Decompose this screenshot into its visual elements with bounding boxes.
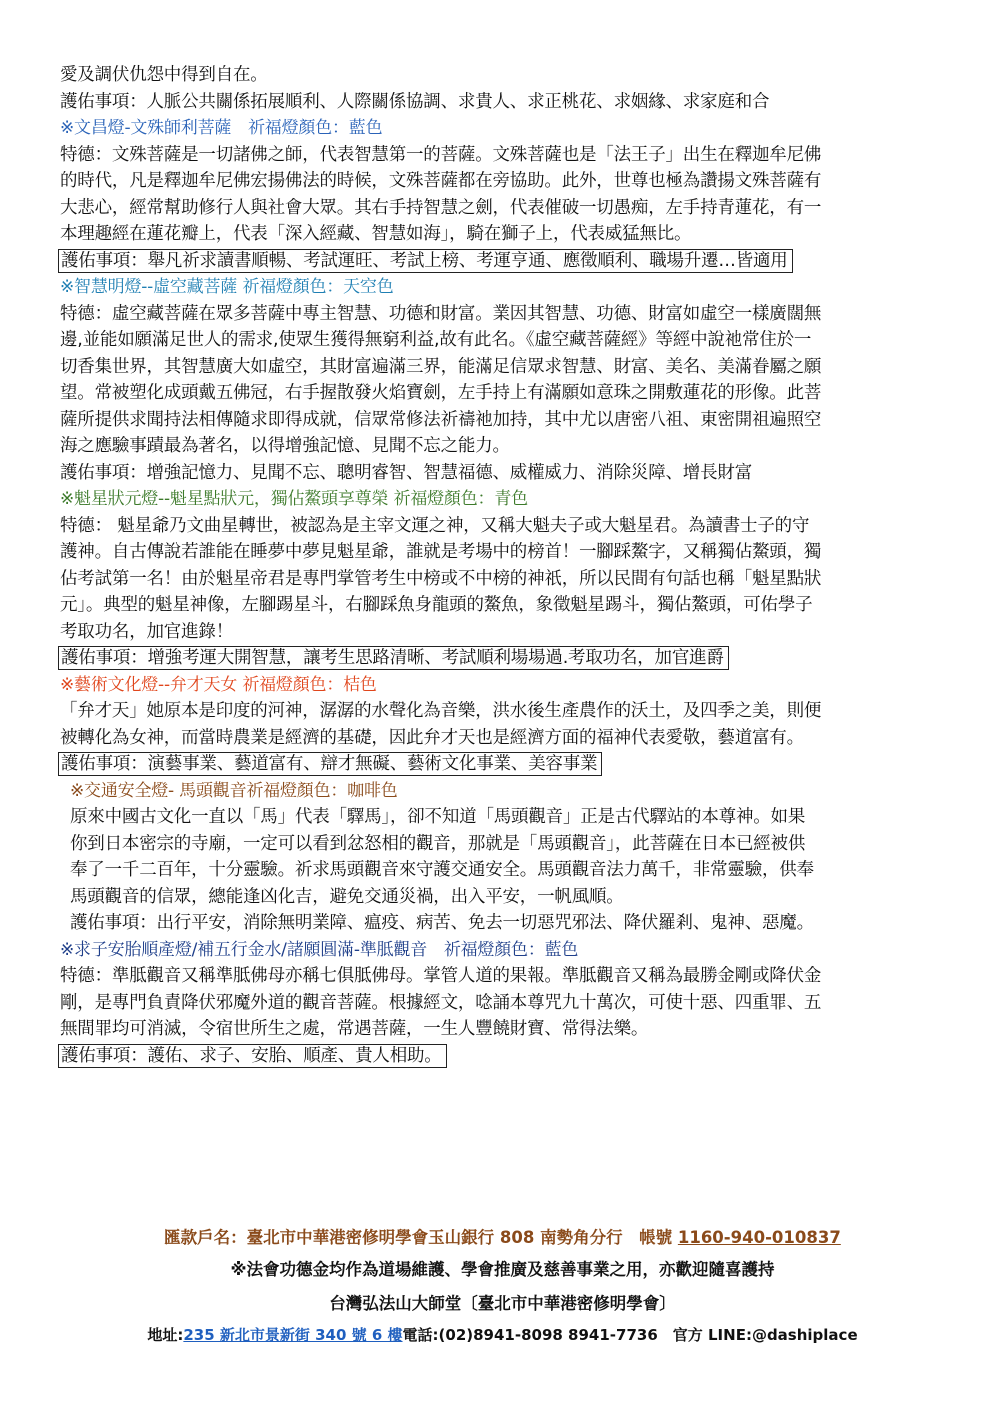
protection-line: 護佑事項：增強記憶力、見聞不忘、聰明睿智、智慧福德、威權威力、消除災障、增長財富 — [60, 460, 950, 487]
body-line: 奉了一千二百年，十分靈驗。祈求馬頭觀音來守護交通安全。馬頭觀音法力萬千，非常靈驗… — [70, 857, 950, 884]
section-heading: ※交通安全燈- 馬頭觀音祈福燈顏色：咖啡色 — [70, 778, 950, 805]
section-arts-lamp: ※藝術文化燈--弁才天女 祈福燈顏色：桔色 「弁才天」她原本是印度的河神，潺潺的… — [60, 672, 950, 778]
body-line: 特德：文殊菩薩是一切諸佛之師，代表智慧第一的菩薩。文殊菩薩也是「法王子」出生在釋… — [60, 142, 950, 169]
body-line: 本理趣經在蓮花瓣上，代表「深入經藏、智慧如海」，騎在獅子上，代表威猛無比。 — [60, 221, 950, 248]
body-line: 邊,並能如願滿足世人的需求,使眾生獲得無窮利益,故有此名。《虛空藏菩薩經》等經中… — [60, 327, 950, 354]
body-line: 原來中國古文化一直以「馬」代表「驛馬」，卻不知道「馬頭觀音」正是古代驛站的本尊神… — [70, 804, 950, 831]
protection-box: 護佑事項：護佑、求子、安胎、順產、貴人相助。 — [58, 1044, 447, 1068]
body-line: 元」。典型的魁星神像，左腳踢星斗，右腳踩魚身龍頭的鰲魚，象徵魁星踢斗，獨佔鰲頭，… — [60, 592, 950, 619]
intro-line: 愛及調伏仇怨中得到自在。 — [60, 62, 950, 89]
body-line: 考取功名，加官進錄！ — [60, 619, 950, 646]
section-heading: ※智慧明燈--虛空藏菩薩 祈福燈顏色：天空色 — [60, 274, 950, 301]
section-heading: ※求子安胎順產燈/補五行金水/諸願圓滿-準胝觀音 祈福燈顏色：藍色 — [60, 937, 950, 964]
protection-line: 護佑事項：出行平安，消除無明業障、瘟疫、病苦、免去一切惡咒邪法、降伏羅剎、鬼神、… — [70, 910, 950, 937]
body-line: 佔考試第一名！由於魁星帝君是專門掌管考生中榜或不中榜的神祇，所以民間有句話也稱「… — [60, 566, 950, 593]
body-line: 你到日本密宗的寺廟，一定可以看到忿怒相的觀音，那就是「馬頭觀音」，此菩薩在日本已… — [70, 831, 950, 858]
body-line: 的時代，凡是釋迦牟尼佛宏揚佛法的時候，文殊菩薩都在旁協助。此外，世尊也極為讚揚文… — [60, 168, 950, 195]
section-heading: ※魁星狀元燈--魁星點狀元，獨佔鰲頭享尊榮 祈福燈顏色：青色 — [60, 486, 950, 513]
body-line: 特德：準胝觀音又稱準胝佛母亦稱七俱胝佛母。掌管人道的果報。準胝觀音又稱為最勝金剛… — [60, 963, 950, 990]
account-label: 匯款戶名：臺北市中華港密修明學會玉山銀行 808 南勢角分行 帳號 — [164, 1228, 678, 1247]
section-kuixing-lamp: ※魁星狀元燈--魁星點狀元，獨佔鰲頭享尊榮 祈福燈顏色：青色 特德： 魁星爺乃文… — [60, 486, 950, 672]
body-line: 大悲心，經常幫助修行人與社會大眾。其右手持智慧之劍，代表催破一切愚痴，左手持青蓮… — [60, 195, 950, 222]
body-line: 望。常被塑化成頭戴五佛冠，右手握散發火焰寶劍，左手持上有滿願如意珠之開敷蓮花的形… — [60, 380, 950, 407]
section-heading: ※文昌燈-文殊師利菩薩 祈福燈顏色：藍色 — [60, 115, 950, 142]
footer-account: 匯款戶名：臺北市中華港密修明學會玉山銀行 808 南勢角分行 帳號 1160-9… — [0, 1224, 1005, 1248]
section-heading: ※藝術文化燈--弁才天女 祈福燈顏色：桔色 — [60, 672, 950, 699]
section-zhunti-lamp: ※求子安胎順產燈/補五行金水/諸願圓滿-準胝觀音 祈福燈顏色：藍色 特德：準胝觀… — [60, 937, 950, 1070]
protection-box: 護佑事項：增強考運大開智慧，讓考生思路清晰、考試順利場場過.考取功名，加官進爵 — [58, 646, 729, 670]
body-line: 特德：虛空藏菩薩在眾多菩薩中專主智慧、功德和財富。業因其智慧、功德、財富如虛空一… — [60, 301, 950, 328]
body-line: 馬頭觀音的信眾，總能逢凶化吉，避免交通災禍，出入平安，一帆風順。 — [70, 884, 950, 911]
section-wenchang-lamp: ※文昌燈-文殊師利菩薩 祈福燈顏色：藍色 特德：文殊菩薩是一切諸佛之師，代表智慧… — [60, 115, 950, 274]
address-link[interactable]: 235 新北市景新街 340 號 6 樓 — [183, 1326, 402, 1344]
body-line: 切香集世界，其智慧廣大如虛空，其財富遍滿三界，能滿足信眾求智慧、財富、美名、美滿… — [60, 354, 950, 381]
body-line: 「弁才天」她原本是印度的河神，潺潺的水聲化為音樂，洪水後生產農作的沃土，及四季之… — [60, 698, 950, 725]
phone-line: 電話:(02)8941-8098 8941-7736 官方 LINE:@dash… — [403, 1326, 858, 1344]
body-line: 薩所提供求聞持法相傳隨求即得成就，信眾常修法祈禱祂加持，其中尤以唐密八祖、東密開… — [60, 407, 950, 434]
document-page: 愛及調伏仇怨中得到自在。 護佑事項：人脈公共關係拓展順利、人際關係協調、求貴人、… — [60, 62, 950, 1069]
body-line: 護神。自古傳說若誰能在睡夢中夢見魁星爺，誰就是考場中的榜首！一腳踩鰲字，又稱獨佔… — [60, 539, 950, 566]
section-wisdom-lamp: ※智慧明燈--虛空藏菩薩 祈福燈顏色：天空色 特德：虛空藏菩薩在眾多菩薩中專主智… — [60, 274, 950, 486]
section-traffic-lamp: ※交通安全燈- 馬頭觀音祈福燈顏色：咖啡色 原來中國古文化一直以「馬」代表「驛馬… — [60, 778, 950, 937]
body-line: 無間罪均可消滅，令宿世所生之處，常遇菩薩，一生人豐饒財寶、常得法樂。 — [60, 1016, 950, 1043]
protection-box: 護佑事項：演藝事業、藝道富有、辯才無礙、藝術文化事業、美容事業 — [58, 752, 602, 776]
body-line: 剛，是專門負責降伏邪魔外道的觀音菩薩。根據經文，唸誦本尊咒九十萬次，可使十惡、四… — [60, 990, 950, 1017]
body-line: 特德： 魁星爺乃文曲星轉世，被認為是主宰文運之神，又稱大魁夫子或大魁星君。為讀書… — [60, 513, 950, 540]
body-line: 海之應驗事蹟最為著名，以得增強記憶、見聞不忘之能力。 — [60, 433, 950, 460]
protection-box: 護佑事項：舉凡祈求讀書順暢、考試運旺、考試上榜、考運亨通、應徵順利、職場升遷…皆… — [58, 249, 793, 273]
intro-protection: 護佑事項：人脈公共關係拓展順利、人際關係協調、求貴人、求正桃花、求姻緣、求家庭和… — [60, 89, 950, 116]
footer-contact: 地址:235 新北市景新街 340 號 6 樓電話:(02)8941-8098 … — [0, 1324, 1005, 1345]
footer-org: 台灣弘法山大師堂〔臺北市中華港密修明學會〕 — [0, 1290, 1005, 1314]
footer-note: ※法會功德金均作為道場維護、學會推廣及慈善事業之用，亦歡迎隨喜護持 — [0, 1256, 1005, 1280]
body-line: 被轉化為女神，而當時農業是經濟的基礎，因此弁才天也是經濟方面的福神代表愛敬，藝道… — [60, 725, 950, 752]
account-number: 1160-940-010837 — [678, 1228, 841, 1247]
address-label: 地址: — [147, 1326, 183, 1344]
